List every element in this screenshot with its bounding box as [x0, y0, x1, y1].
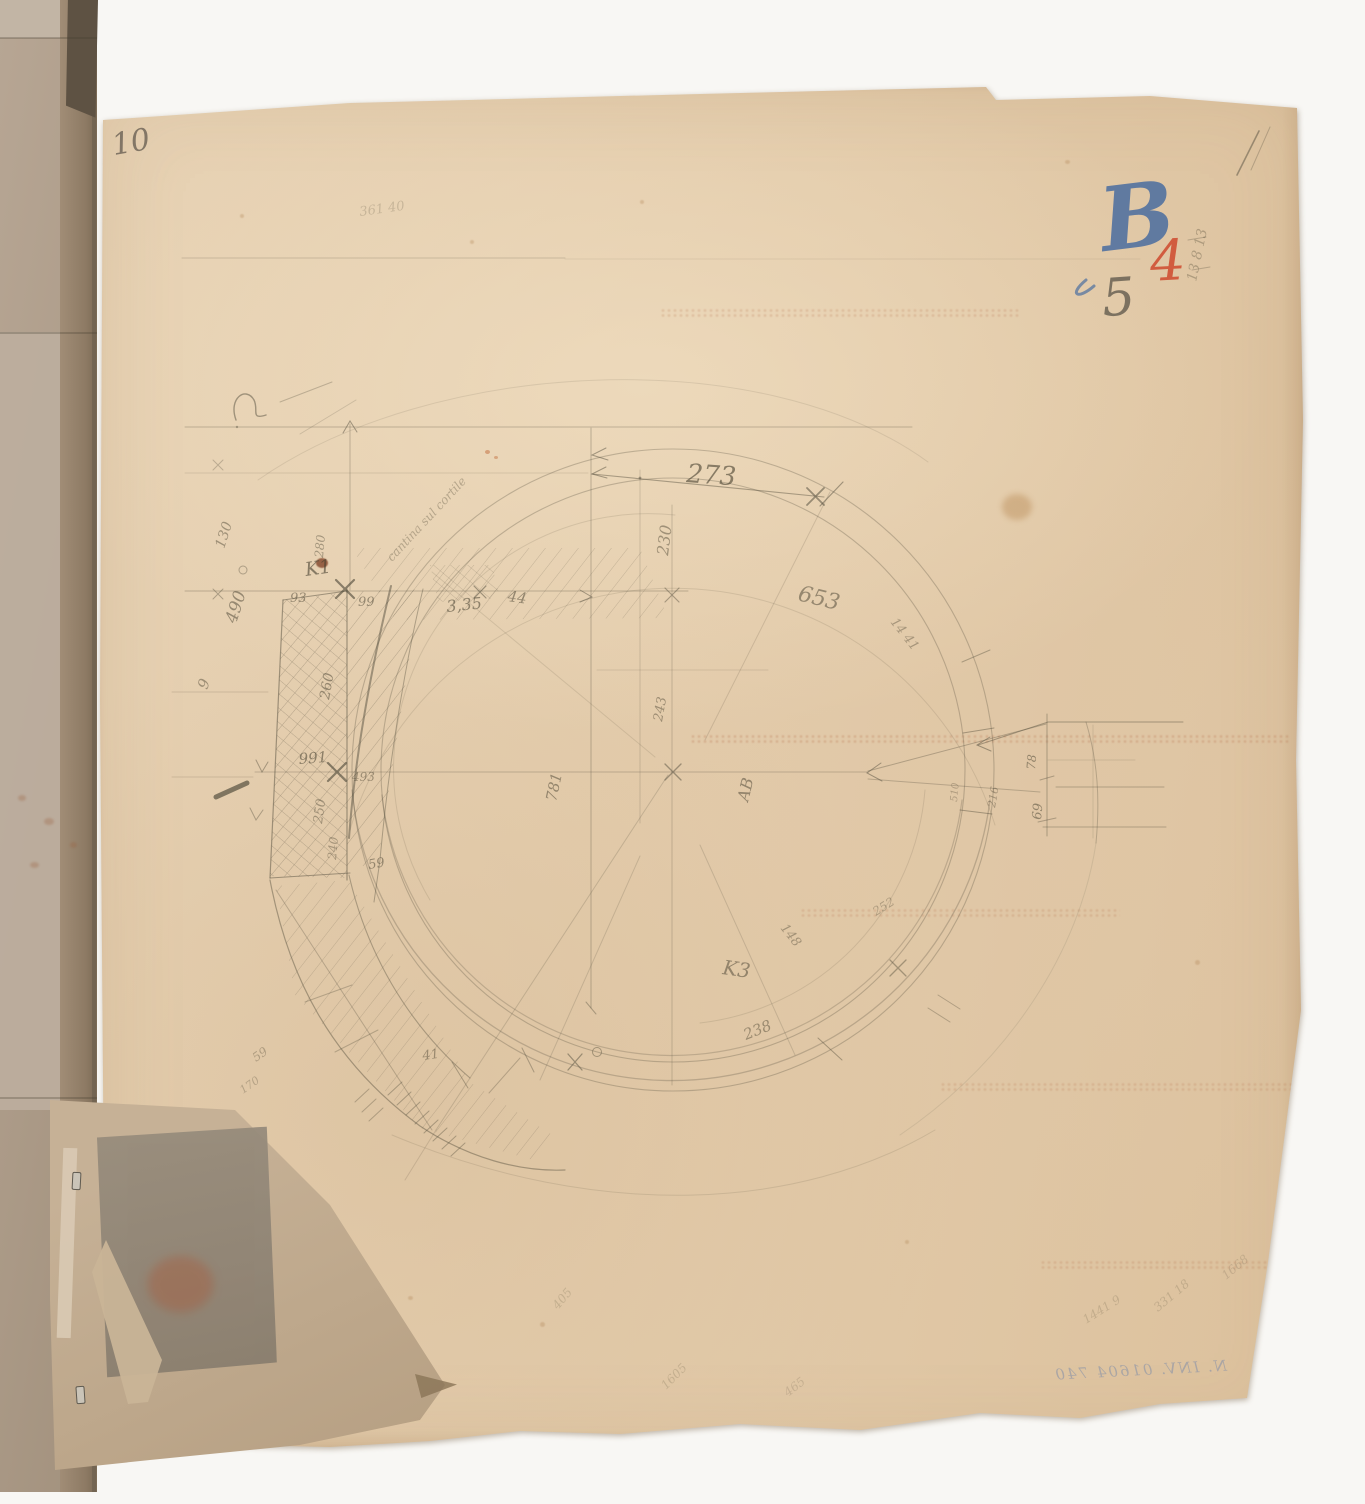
- ink-spot-stain: [316, 558, 328, 568]
- sheet-edge-shading: [1282, 84, 1308, 1452]
- brown-blotch-stain: [1002, 494, 1032, 520]
- show-through-band: [660, 308, 1020, 318]
- patch-stain: [147, 1256, 214, 1313]
- staple: [72, 1172, 82, 1190]
- scanned-drawing-sheet: 27323065314 41K1939928049013093,35442609…: [0, 0, 1365, 1504]
- red-speckle: [494, 456, 498, 459]
- red-speckle: [485, 450, 490, 454]
- red-number-annotation: 4: [1149, 233, 1188, 291]
- show-through-band: [940, 1082, 1292, 1092]
- graphite-number-annotation: 5: [1100, 271, 1137, 325]
- show-through-band: [690, 734, 1290, 744]
- staple: [75, 1386, 85, 1405]
- page-number-annotation: 10: [110, 125, 153, 161]
- show-through-band: [1040, 1260, 1292, 1270]
- show-through-band: [800, 908, 1120, 918]
